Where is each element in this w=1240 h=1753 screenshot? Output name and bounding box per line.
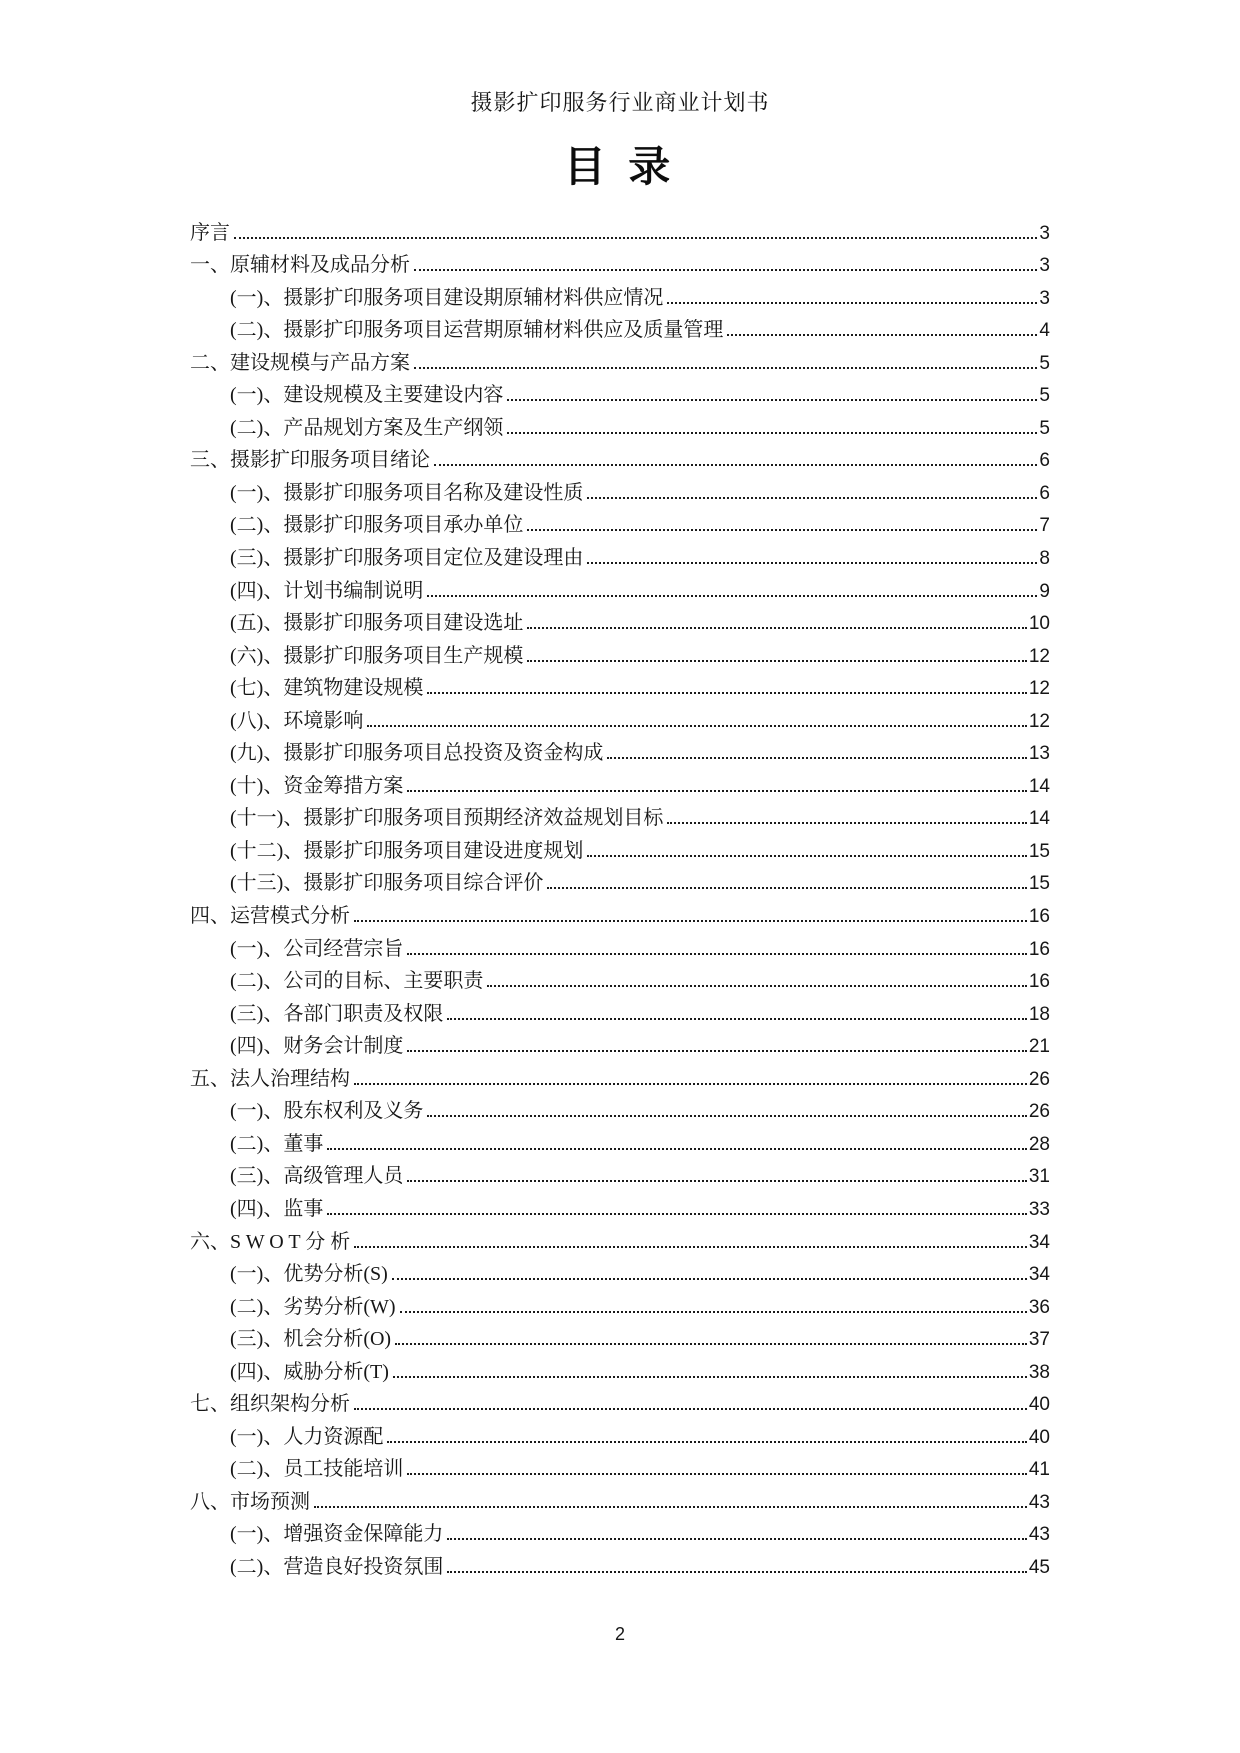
toc-entry-label: 七、组织架构分析 — [190, 1392, 350, 1416]
toc-entry[interactable]: (一)、建设规模及主要建设内容 5 — [190, 375, 1050, 408]
toc-entry-page: 13 — [1029, 742, 1050, 765]
toc-entry-page: 12 — [1029, 645, 1050, 668]
toc-dot-leader — [367, 725, 1027, 727]
toc-entry-label: (三)、摄影扩印服务项目定位及建设理由 — [230, 546, 583, 570]
toc-entry-page: 3 — [1039, 254, 1050, 277]
toc-entry-page: 34 — [1029, 1231, 1050, 1254]
toc-dot-leader — [392, 1278, 1027, 1280]
document-page: 摄影扩印服务行业商业计划书 目 录 序言 3 一、原辅材料及成品分析 3 (一)… — [0, 0, 1240, 1753]
toc-entry-page: 16 — [1029, 938, 1050, 961]
toc-entry[interactable]: 一、原辅材料及成品分析 3 — [190, 245, 1050, 278]
toc-dot-leader — [314, 1506, 1027, 1508]
toc-entry-page: 3 — [1039, 222, 1050, 245]
toc-entry[interactable]: (八)、环境影响 12 — [190, 700, 1050, 733]
toc-dot-leader — [547, 887, 1027, 889]
toc-dot-leader — [447, 1538, 1027, 1540]
toc-entry-label: (四)、监事 — [230, 1197, 323, 1221]
toc-dot-leader — [507, 399, 1037, 401]
toc-entry-page: 8 — [1039, 547, 1050, 570]
toc-dot-leader — [587, 497, 1037, 499]
toc-entry[interactable]: 八、市场预测 43 — [190, 1481, 1050, 1514]
toc-entry[interactable]: (一)、优势分析(S) 34 — [190, 1254, 1050, 1287]
toc-dot-leader — [427, 1115, 1027, 1117]
toc-entry[interactable]: (四)、财务会计制度 21 — [190, 1026, 1050, 1059]
toc-entry[interactable]: (一)、人力资源配 40 — [190, 1416, 1050, 1449]
toc-entry[interactable]: (二)、摄影扩印服务项目承办单位 7 — [190, 505, 1050, 538]
toc-entry[interactable]: (十一)、摄影扩印服务项目预期经济效益规划目标 14 — [190, 798, 1050, 831]
toc-dot-leader — [447, 1571, 1027, 1573]
toc-entry[interactable]: (五)、摄影扩印服务项目建设选址 10 — [190, 603, 1050, 636]
toc-entry[interactable]: (一)、增强资金保障能力 43 — [190, 1514, 1050, 1547]
toc-entry-page: 34 — [1029, 1263, 1050, 1286]
toc-entry-label: (一)、公司经营宗旨 — [230, 937, 403, 961]
toc-dot-leader — [407, 1180, 1027, 1182]
toc-entry-label: 五、法人治理结构 — [190, 1067, 350, 1091]
toc-dot-leader — [354, 920, 1027, 922]
toc-entry[interactable]: (二)、产品规划方案及生产纲领 5 — [190, 407, 1050, 440]
toc-entry-page: 14 — [1029, 775, 1050, 798]
toc-entry[interactable]: (三)、摄影扩印服务项目定位及建设理由 8 — [190, 537, 1050, 570]
toc-entry-page: 16 — [1029, 970, 1050, 993]
toc-dot-leader — [587, 855, 1027, 857]
toc-entry[interactable]: (十三)、摄影扩印服务项目综合评价 15 — [190, 863, 1050, 896]
toc-dot-leader — [667, 302, 1037, 304]
toc-entry-page: 3 — [1039, 287, 1050, 310]
toc-entry-label: 一、原辅材料及成品分析 — [190, 253, 410, 277]
toc-dot-leader — [507, 432, 1037, 434]
toc-dot-leader — [354, 1246, 1027, 1248]
toc-entry[interactable]: 六、S W O T 分 析 34 — [190, 1221, 1050, 1254]
toc-dot-leader — [407, 1050, 1027, 1052]
toc-entry-page: 40 — [1029, 1393, 1050, 1416]
toc-entry-label: (二)、董事 — [230, 1132, 323, 1156]
toc-entry[interactable]: (四)、威胁分析(T) 38 — [190, 1351, 1050, 1384]
toc-entry-label: (二)、劣势分析(W) — [230, 1295, 396, 1319]
toc-dot-leader — [427, 595, 1037, 597]
toc-entry-page: 40 — [1029, 1426, 1050, 1449]
toc-dot-leader — [354, 1408, 1027, 1410]
toc-dot-leader — [527, 529, 1037, 531]
toc-entry[interactable]: 三、摄影扩印服务项目绪论 6 — [190, 440, 1050, 473]
footer-page-number: 2 — [0, 1624, 1240, 1645]
toc-entry-page: 5 — [1039, 417, 1050, 440]
toc-entry-label: 八、市场预测 — [190, 1490, 310, 1514]
toc-dot-leader — [607, 757, 1027, 759]
toc-entry[interactable]: (九)、摄影扩印服务项目总投资及资金构成 13 — [190, 733, 1050, 766]
toc-entry-page: 12 — [1029, 710, 1050, 733]
toc-entry-page: 14 — [1029, 807, 1050, 830]
toc-entry-label: (一)、优势分析(S) — [230, 1262, 388, 1286]
toc-dot-leader — [387, 1441, 1027, 1443]
toc-entry[interactable]: 五、法人治理结构 26 — [190, 1058, 1050, 1091]
toc-entry-page: 31 — [1029, 1165, 1050, 1188]
toc-dot-leader — [427, 692, 1027, 694]
toc-entry-page: 4 — [1039, 319, 1050, 342]
toc-entry[interactable]: (一)、摄影扩印服务项目建设期原辅材料供应情况 3 — [190, 277, 1050, 310]
toc-entry-page: 10 — [1029, 612, 1050, 635]
toc-entry[interactable]: (二)、公司的目标、主要职责 16 — [190, 961, 1050, 994]
toc-entry[interactable]: (二)、董事 28 — [190, 1123, 1050, 1156]
toc-dot-leader — [354, 1083, 1027, 1085]
toc-dot-leader — [393, 1376, 1027, 1378]
document-header-title: 摄影扩印服务行业商业计划书 — [0, 0, 1240, 118]
toc-dot-leader — [727, 334, 1037, 336]
toc-entry-label: (二)、公司的目标、主要职责 — [230, 969, 483, 993]
toc-entry-label: (一)、增强资金保障能力 — [230, 1522, 443, 1546]
toc-dot-leader — [407, 1473, 1027, 1475]
toc-entry-page: 15 — [1029, 872, 1050, 895]
toc-dot-leader — [407, 953, 1027, 955]
toc-entry-page: 28 — [1029, 1133, 1050, 1156]
toc-entry-label: 三、摄影扩印服务项目绪论 — [190, 448, 430, 472]
toc-entry-page: 6 — [1039, 482, 1050, 505]
toc-entry-label: 二、建设规模与产品方案 — [190, 351, 410, 375]
toc-entry[interactable]: 二、建设规模与产品方案 5 — [190, 342, 1050, 375]
toc-entry-page: 6 — [1039, 449, 1050, 472]
toc-entry-label: (二)、营造良好投资氛围 — [230, 1555, 443, 1579]
toc-entry-page: 9 — [1039, 580, 1050, 603]
toc-entry-page: 7 — [1039, 514, 1050, 537]
toc-dot-leader — [447, 1018, 1027, 1020]
toc-dot-leader — [587, 562, 1037, 564]
toc-entry-page: 5 — [1039, 352, 1050, 375]
toc-entry-label: 序言 — [190, 221, 230, 245]
toc-entry-page: 36 — [1029, 1296, 1050, 1319]
toc-entry[interactable]: 序言 3 — [190, 212, 1050, 245]
toc-entry-label: (十二)、摄影扩印服务项目建设进度规划 — [230, 839, 583, 863]
toc-entry[interactable]: (一)、摄影扩印服务项目名称及建设性质 6 — [190, 472, 1050, 505]
toc-entry[interactable]: (四)、计划书编制说明 9 — [190, 570, 1050, 603]
toc-entry[interactable]: (一)、股东权利及义务 26 — [190, 1091, 1050, 1124]
toc-list: 序言 3 一、原辅材料及成品分析 3 (一)、摄影扩印服务项目建设期原辅材料供应… — [190, 212, 1050, 1579]
toc-entry-label: (四)、财务会计制度 — [230, 1034, 403, 1058]
toc-entry[interactable]: (六)、摄影扩印服务项目生产规模 12 — [190, 635, 1050, 668]
toc-title: 目 录 — [0, 144, 1240, 192]
toc-dot-leader — [414, 367, 1037, 369]
toc-entry-page: 15 — [1029, 840, 1050, 863]
toc-entry-page: 45 — [1029, 1556, 1050, 1579]
toc-dot-leader — [395, 1343, 1027, 1345]
toc-entry-page: 43 — [1029, 1523, 1050, 1546]
toc-entry-page: 5 — [1039, 384, 1050, 407]
toc-entry-label: (一)、股东权利及义务 — [230, 1099, 423, 1123]
toc-entry-label: (三)、各部门职责及权限 — [230, 1002, 443, 1026]
toc-entry-label: (三)、高级管理人员 — [230, 1164, 403, 1188]
toc-entry-label: (十)、资金筹措方案 — [230, 774, 403, 798]
toc-entry-label: (一)、摄影扩印服务项目建设期原辅材料供应情况 — [230, 286, 663, 310]
toc-entry-label: (九)、摄影扩印服务项目总投资及资金构成 — [230, 741, 603, 765]
toc-entry-label: (三)、机会分析(O) — [230, 1327, 391, 1351]
toc-entry[interactable]: (三)、高级管理人员 31 — [190, 1156, 1050, 1189]
toc-entry-page: 21 — [1029, 1035, 1050, 1058]
toc-entry-label: (一)、摄影扩印服务项目名称及建设性质 — [230, 481, 583, 505]
toc-entry-page: 41 — [1029, 1458, 1050, 1481]
toc-entry-page: 38 — [1029, 1361, 1050, 1384]
toc-entry-label: (六)、摄影扩印服务项目生产规模 — [230, 644, 523, 668]
toc-entry[interactable]: (十二)、摄影扩印服务项目建设进度规划 15 — [190, 830, 1050, 863]
toc-dot-leader — [414, 269, 1037, 271]
toc-entry-label: 六、S W O T 分 析 — [190, 1230, 350, 1254]
toc-dot-leader — [527, 660, 1027, 662]
toc-dot-leader — [327, 1213, 1027, 1215]
toc-entry-label: (二)、摄影扩印服务项目承办单位 — [230, 513, 523, 537]
toc-entry-label: (二)、摄影扩印服务项目运营期原辅材料供应及质量管理 — [230, 318, 723, 342]
toc-entry-label: 四、运营模式分析 — [190, 904, 350, 928]
toc-entry-label: (二)、员工技能培训 — [230, 1457, 403, 1481]
toc-entry-page: 33 — [1029, 1198, 1050, 1221]
toc-dot-leader — [234, 237, 1037, 239]
toc-entry[interactable]: (三)、各部门职责及权限 18 — [190, 993, 1050, 1026]
toc-entry-label: (四)、计划书编制说明 — [230, 579, 423, 603]
toc-entry[interactable]: (三)、机会分析(O) 37 — [190, 1319, 1050, 1352]
toc-entry-label: (四)、威胁分析(T) — [230, 1360, 389, 1384]
toc-entry-page: 18 — [1029, 1003, 1050, 1026]
toc-entry-label: (七)、建筑物建设规模 — [230, 676, 423, 700]
toc-entry[interactable]: 七、组织架构分析 40 — [190, 1384, 1050, 1417]
toc-entry-label: (五)、摄影扩印服务项目建设选址 — [230, 611, 523, 635]
toc-entry-page: 26 — [1029, 1068, 1050, 1091]
toc-entry-page: 26 — [1029, 1100, 1050, 1123]
toc-entry-page: 43 — [1029, 1491, 1050, 1514]
toc-entry[interactable]: (二)、劣势分析(W) 36 — [190, 1286, 1050, 1319]
toc-entry[interactable]: (二)、员工技能培训 41 — [190, 1449, 1050, 1482]
toc-entry[interactable]: (二)、营造良好投资氛围 45 — [190, 1546, 1050, 1579]
toc-entry[interactable]: (七)、建筑物建设规模 12 — [190, 668, 1050, 701]
toc-entry[interactable]: (四)、监事 33 — [190, 1188, 1050, 1221]
toc-entry-page: 37 — [1029, 1328, 1050, 1351]
toc-entry-page: 16 — [1029, 905, 1050, 928]
toc-entry-label: (十三)、摄影扩印服务项目综合评价 — [230, 871, 543, 895]
toc-entry-label: (十一)、摄影扩印服务项目预期经济效益规划目标 — [230, 806, 663, 830]
toc-dot-leader — [327, 1148, 1027, 1150]
toc-entry[interactable]: (二)、摄影扩印服务项目运营期原辅材料供应及质量管理 4 — [190, 310, 1050, 343]
toc-dot-leader — [400, 1311, 1027, 1313]
toc-entry[interactable]: 四、运营模式分析 16 — [190, 895, 1050, 928]
toc-entry-label: (八)、环境影响 — [230, 709, 363, 733]
toc-entry[interactable]: (一)、公司经营宗旨 16 — [190, 928, 1050, 961]
toc-entry-label: (二)、产品规划方案及生产纲领 — [230, 416, 503, 440]
toc-dot-leader — [434, 464, 1037, 466]
toc-entry-label: (一)、建设规模及主要建设内容 — [230, 383, 503, 407]
toc-entry[interactable]: (十)、资金筹措方案 14 — [190, 765, 1050, 798]
toc-entry-page: 12 — [1029, 677, 1050, 700]
toc-dot-leader — [407, 790, 1027, 792]
toc-entry-label: (一)、人力资源配 — [230, 1425, 383, 1449]
toc-dot-leader — [487, 985, 1027, 987]
toc-dot-leader — [527, 627, 1027, 629]
toc-dot-leader — [667, 822, 1027, 824]
